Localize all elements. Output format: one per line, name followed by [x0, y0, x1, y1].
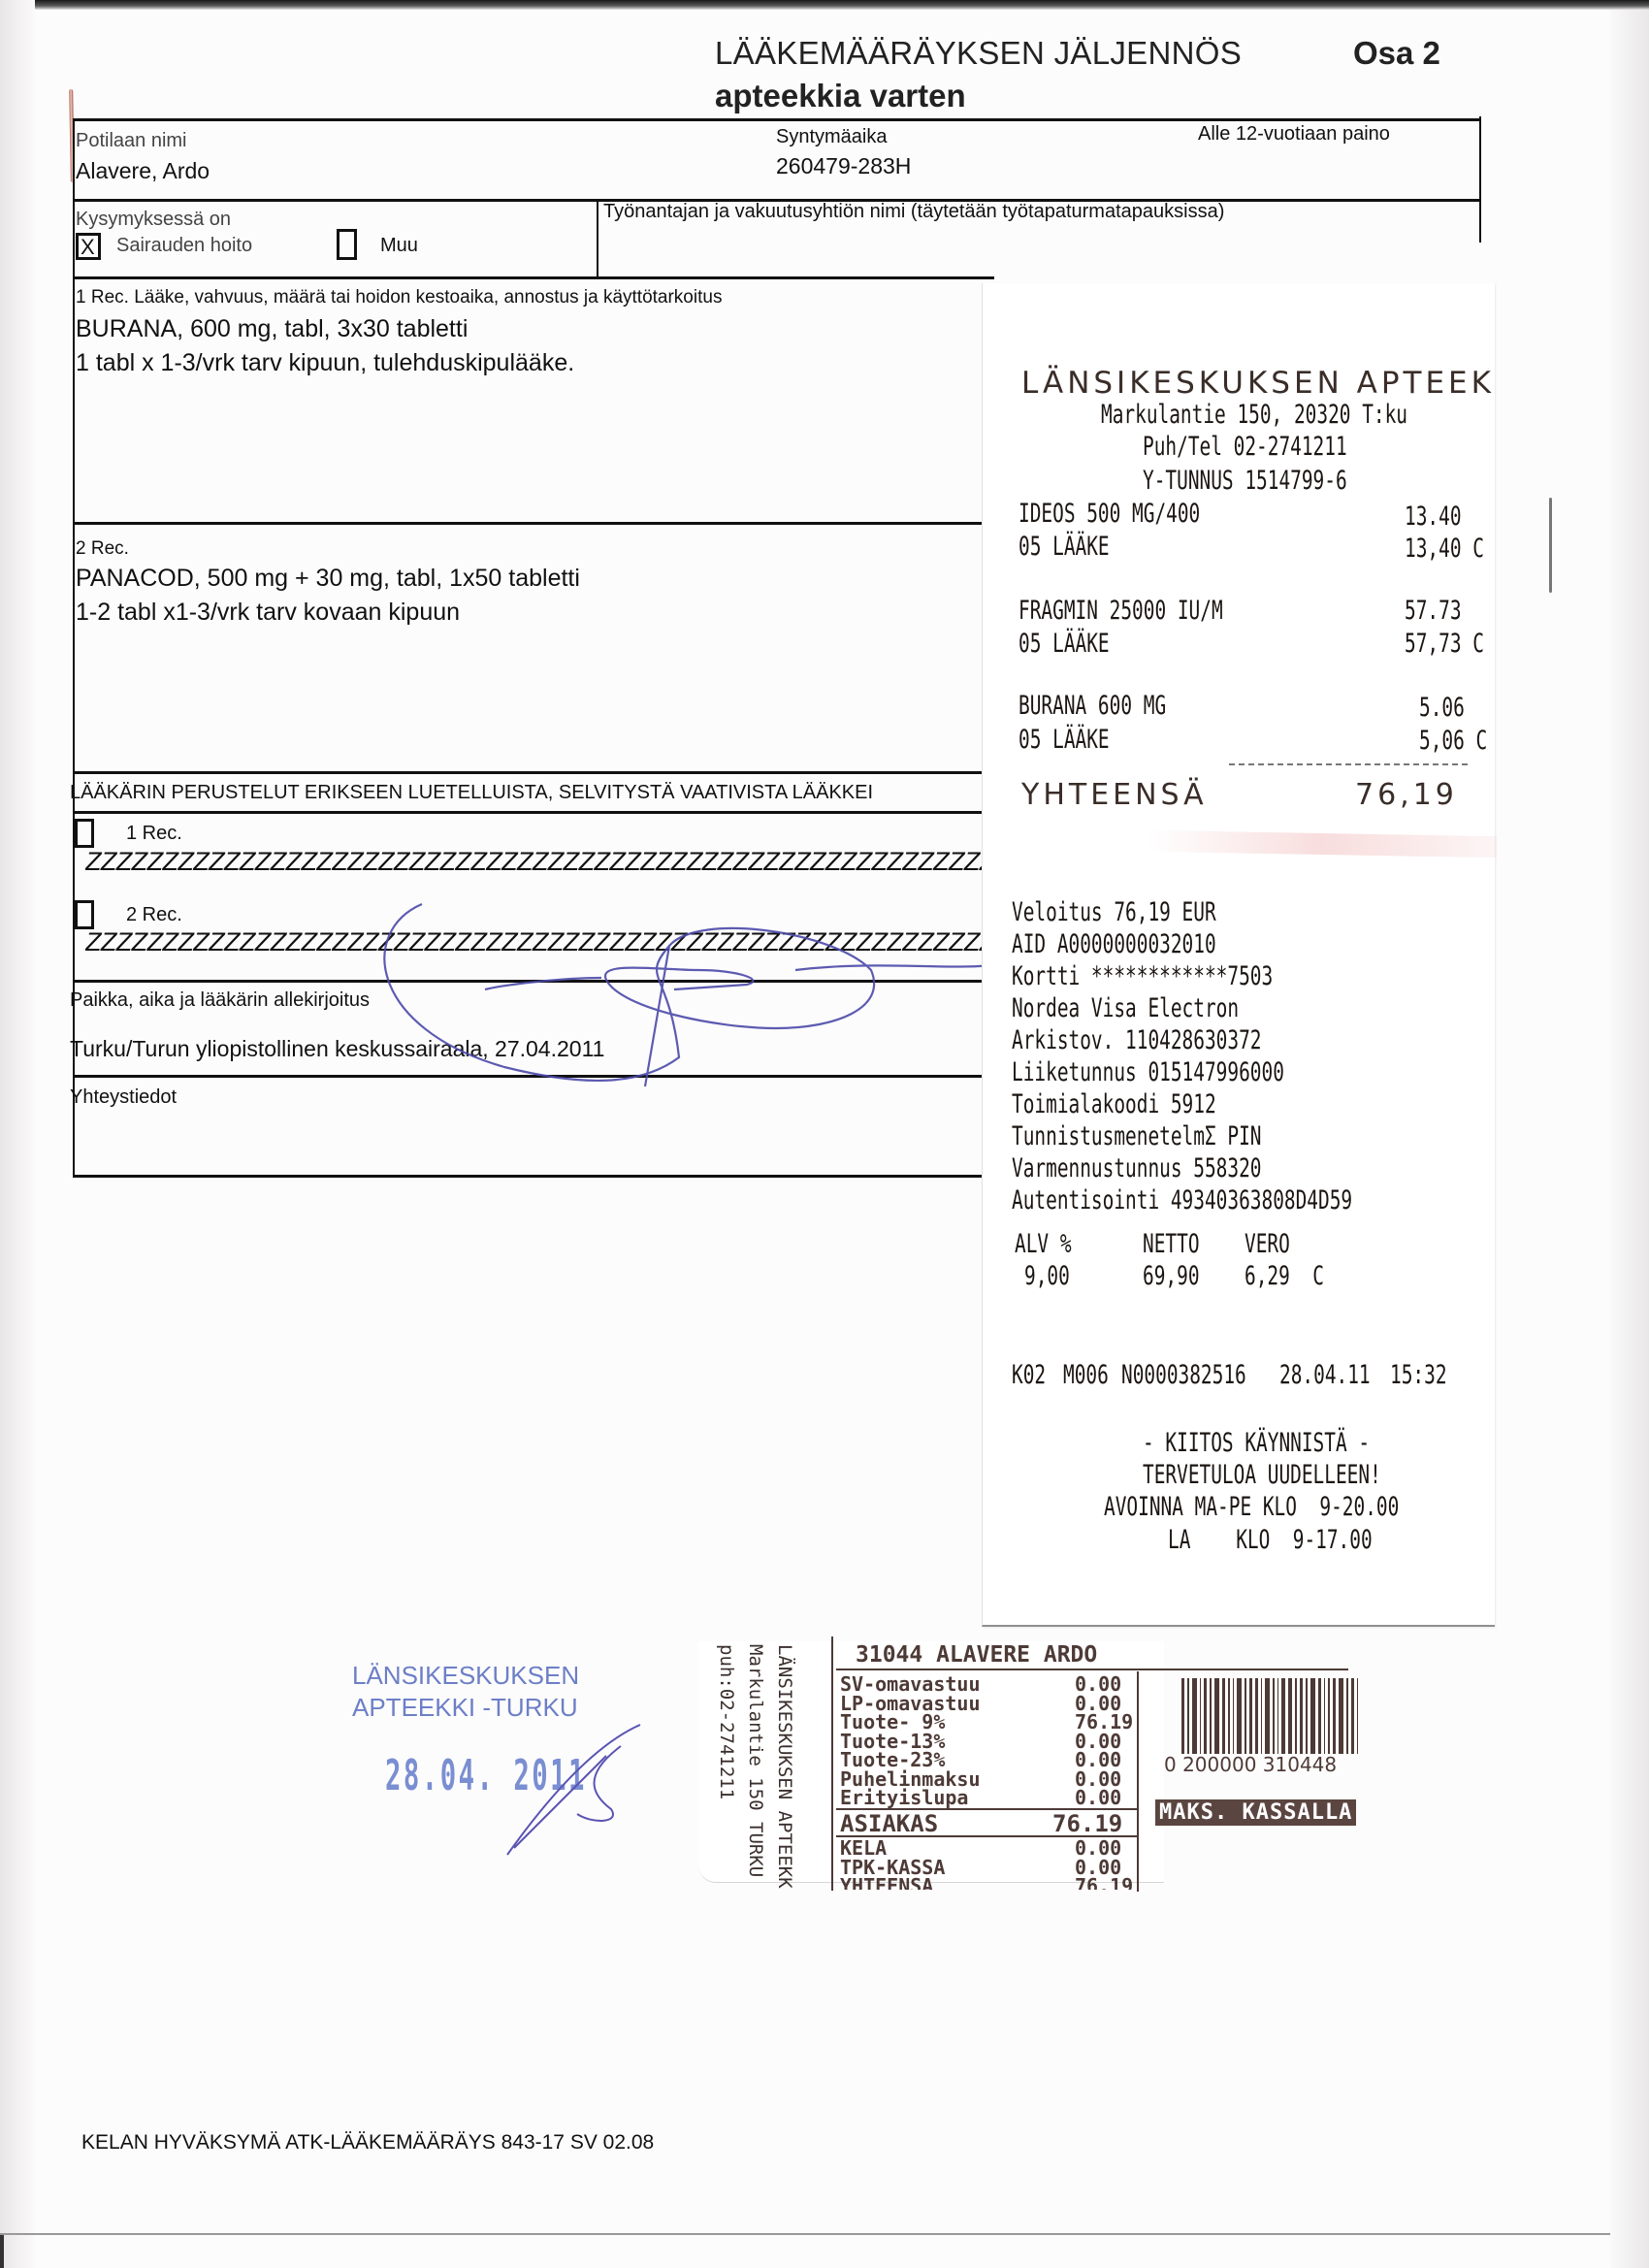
barcode-bar	[1187, 1678, 1189, 1754]
stamp-date: 28.04. 2011	[385, 1751, 587, 1800]
barcode-bar	[1233, 1678, 1235, 1754]
form-row-divider	[73, 276, 994, 279]
label-customer-total: 76.19	[1052, 1811, 1122, 1836]
receipt-item-name: FRAGMIN 25000 IU/M	[1018, 596, 1223, 626]
receipt-item-name: IDEOS 500 MG/400	[1018, 499, 1200, 529]
pay-note-badge: MAKS. KASSALLA	[1155, 1799, 1356, 1826]
rec1-drug: BURANA, 600 mg, tabl, 3x30 tabletti	[76, 315, 468, 343]
label-column-line	[1137, 1671, 1139, 1892]
barcode-icon	[1181, 1678, 1361, 1754]
stamp-line1: LÄNSIKESKUKSEN	[352, 1661, 579, 1691]
vat-header-net: NETTO	[1143, 1229, 1200, 1259]
label-row-name: Erityislupa	[840, 1789, 968, 1807]
label-customer-total-label: ASIAKAS	[840, 1811, 938, 1836]
barcode-bar	[1181, 1678, 1184, 1754]
scan-edge-corner	[0, 2235, 4, 2268]
barcode-bar	[1281, 1678, 1284, 1754]
receipt-total-label: YHTEENSÄ	[1021, 778, 1208, 812]
label-bottom-row-name: TPK-KASSA	[840, 1859, 945, 1877]
receipt-item-price: 13.40	[1405, 502, 1462, 532]
barcode-bar	[1288, 1678, 1293, 1754]
signature-place-date: Turku/Turun yliopistollinen keskussairaa…	[70, 1036, 604, 1062]
receipt-item-category-price: 13,40 C	[1405, 534, 1484, 564]
receipt-business-id: Y-TUNNUS 1514799-6	[1143, 466, 1347, 496]
option-muu-label: Muu	[380, 235, 418, 257]
transaction-date: 28.04.11	[1279, 1360, 1371, 1390]
form-row-divider	[73, 811, 994, 814]
stain	[1148, 830, 1497, 858]
scan-edge-right	[1610, 10, 1649, 2268]
justification-header: LÄÄKÄRIN PERUSTELUT ERIKSEEN LUETELLUIST…	[70, 782, 873, 804]
receipt-item-category: 05 LÄÄKE	[1018, 725, 1110, 755]
transaction-register: K02	[1012, 1360, 1046, 1390]
receipt-payment-line: Liiketunnus 015147996000	[1012, 1057, 1284, 1087]
form-row-divider	[73, 522, 994, 525]
receipt-item-name: BURANA 600 MG	[1018, 691, 1166, 721]
transaction-clerk: M006	[1063, 1360, 1109, 1390]
justification-rec2-label: 2 Rec.	[126, 904, 182, 926]
receipt-thanks: - KIITOS KÄYNNISTÄ -	[1143, 1428, 1370, 1458]
receipt-hours-weekday: AVOINNA MA-PE KLO 9-20.00	[1104, 1492, 1399, 1522]
barcode-bar	[1265, 1678, 1270, 1754]
barcode-bar	[1346, 1678, 1348, 1754]
justification-rec1-label: 1 Rec.	[126, 823, 182, 845]
label-vertical-store: LÄNSIKESKUKSEN APTEEKK	[774, 1644, 795, 1889]
barcode-bar	[1351, 1678, 1354, 1754]
pharmacy-receipt: LÄNSIKESKUKSEN APTEEK Markulantie 150, 2…	[982, 283, 1495, 1627]
rec2-dosage: 1-2 tabl x1-3/vrk tarv kovaan kipuun	[76, 599, 460, 627]
vat-header-tax: VERO	[1245, 1229, 1290, 1259]
receipt-address: Markulantie 150, 20320 T:ku	[1101, 400, 1407, 430]
birth-id: 260479-283H	[776, 153, 911, 179]
vat-rate: 9,00	[1024, 1261, 1070, 1291]
checkbox-justification-rec1[interactable]	[75, 819, 94, 848]
barcode-bar	[1210, 1678, 1212, 1754]
receipt-welcome: TERVETULOA UUDELLEEN!	[1143, 1460, 1381, 1490]
receipt-item-price: 57.73	[1405, 596, 1462, 626]
scan-edge-left	[0, 0, 35, 2268]
label-customer: 31044 ALAVERE ARDO	[856, 1642, 1097, 1668]
receipt-payment-line: Veloitus 76,19 EUR	[1012, 897, 1216, 927]
justification-rec2-filler: ZZZZZZZZZZZZZZZZZZZZZZZZZZZZZZZZZZZZZZZZ…	[85, 927, 984, 957]
checkbox-justification-rec2[interactable]	[75, 900, 94, 929]
label-bottom-row-name: YHTEENSÄ	[840, 1877, 933, 1890]
rec1-dosage: 1 tabl x 1-3/vrk tarv kipuun, tulehduski…	[76, 349, 574, 377]
transaction-number: N0000382516	[1121, 1360, 1246, 1390]
patient-name: Alavere, Ardo	[76, 158, 210, 184]
label-divider	[831, 1636, 833, 1891]
signature-label: Paikka, aika ja lääkärin allekirjoitus	[70, 989, 370, 1012]
barcode-bar	[1214, 1678, 1219, 1754]
receipt-payment-line: Toimialakoodi 5912	[1012, 1089, 1216, 1119]
label-vertical-phone: puh:02-2741211	[716, 1644, 737, 1799]
receipt-payment-line: Varmennustunnus 558320	[1012, 1153, 1261, 1183]
vat-net: 69,90	[1143, 1261, 1200, 1291]
receipt-phone: Puh/Tel 02-2741211	[1143, 432, 1347, 462]
form-row-divider	[73, 980, 994, 983]
barcode-bar	[1261, 1678, 1263, 1754]
receipt-payment-line: AID A0000000032010	[1012, 929, 1216, 959]
label-bottom-row-name: KELA	[840, 1839, 887, 1858]
barcode-bar	[1200, 1678, 1202, 1754]
label-vertical-address: Markulantie 150 TURKU	[745, 1644, 766, 1877]
barcode-bar	[1324, 1678, 1326, 1754]
form-row-divider	[73, 1075, 994, 1078]
barcode-number: 0 200000 310448	[1164, 1756, 1337, 1774]
form-part: Osa 2	[1353, 35, 1440, 72]
barcode-bar	[1318, 1678, 1321, 1754]
barcode-bar	[1333, 1678, 1336, 1754]
form-border-bottom	[73, 1175, 994, 1178]
barcode-bar	[1357, 1678, 1359, 1754]
label-row-value: 0.00	[1075, 1789, 1121, 1807]
checkbox-muu[interactable]	[337, 229, 357, 260]
staple-icon	[1549, 498, 1552, 593]
option-sairauden-hoito-label: Sairauden hoito	[116, 235, 252, 257]
receipt-item-category-price: 57,73 C	[1405, 629, 1484, 659]
form-col-divider	[597, 199, 598, 278]
case-label: Kysymyksessä on	[76, 209, 231, 231]
vat-header-rate: ALV %	[1015, 1229, 1072, 1259]
receipt-item-category: 05 LÄÄKE	[1018, 532, 1110, 562]
transaction-time: 15:32	[1390, 1360, 1447, 1390]
receipt-divider	[1229, 763, 1468, 765]
receipt-payment-line: Arkistov. 110428630372	[1012, 1025, 1261, 1055]
form-title: LÄÄKEMÄÄRÄYKSEN JÄLJENNÖS	[715, 35, 1242, 72]
barcode-bar	[1245, 1678, 1246, 1754]
receipt-payment-line: TunnistusmenetelmΣ PIN	[1012, 1121, 1261, 1151]
form-row-divider	[73, 771, 994, 774]
label-total-line	[836, 1835, 1137, 1837]
receipt-payment-line: Nordea Visa Electron	[1012, 993, 1239, 1023]
label-bottom-row-value: 0.00	[1075, 1839, 1121, 1858]
birth-label: Syntymäaika	[776, 126, 888, 148]
label-bottom-row-value: 76.19	[1075, 1877, 1133, 1890]
form-border-top	[73, 118, 1481, 121]
receipt-item-category-price: 5,06 C	[1419, 726, 1487, 756]
barcode-bar	[1300, 1678, 1303, 1754]
vat-tax: 6,29 C	[1245, 1261, 1324, 1291]
barcode-bar	[1222, 1678, 1225, 1754]
receipt-hours-saturday: LA KLO 9-17.00	[1168, 1525, 1373, 1555]
justification-rec1-filler: ZZZZZZZZZZZZZZZZZZZZZZZZZZZZZZZZZZZZZZZZ…	[85, 847, 984, 877]
patient-name-label: Potilaan nimi	[76, 130, 187, 152]
barcode-bar	[1249, 1678, 1252, 1754]
receipt-payment-line: Kortti ************7503	[1012, 961, 1273, 991]
barcode-bar	[1310, 1678, 1315, 1754]
barcode-bar	[1204, 1678, 1207, 1754]
rec1-label: 1 Rec. Lääke, vahvuus, määrä tai hoidon …	[76, 287, 722, 308]
form-border-right	[1479, 116, 1481, 243]
employer-label: Työnantajan ja vakuutusyhtiön nimi (täyt…	[603, 201, 1224, 223]
receipt-item-price: 5.06	[1419, 693, 1465, 723]
barcode-bar	[1328, 1678, 1330, 1754]
form-footer: KELAN HYVÄKSYMÄ ATK-LÄÄKEMÄÄRÄYS 843-17 …	[81, 2131, 654, 2155]
scan-edge-top	[0, 0, 1649, 10]
barcode-bar	[1339, 1678, 1343, 1754]
label-bottom-row-value: 0.00	[1075, 1859, 1121, 1877]
checkbox-sairauden-hoito[interactable]: X	[76, 233, 101, 260]
rec2-drug: PANACOD, 500 mg + 30 mg, tabl, 1x50 tabl…	[76, 565, 580, 593]
barcode-bar	[1255, 1678, 1258, 1754]
contact-label: Yhteystiedot	[70, 1086, 177, 1109]
barcode-bar	[1228, 1678, 1230, 1754]
receipt-payment-line: Autentisointi 49340363808D4D59	[1012, 1185, 1352, 1215]
weight-label: Alle 12-vuotiaan paino	[1198, 123, 1390, 146]
barcode-bar	[1306, 1678, 1308, 1754]
barcode-bar	[1192, 1678, 1197, 1754]
receipt-store-name: LÄNSIKESKUKSEN APTEEK	[1021, 366, 1495, 401]
rec2-label: 2 Rec.	[76, 538, 129, 560]
receipt-total: 76,19	[1355, 778, 1458, 812]
barcode-bar	[1273, 1678, 1275, 1754]
barcode-bar	[1237, 1678, 1242, 1754]
form-subtitle: apteekkia varten	[715, 78, 966, 114]
stamp-line2: APTEEKKI -TURKU	[352, 1693, 578, 1723]
label-header-line	[836, 1669, 1348, 1670]
scan-edge-bottom	[0, 2233, 1610, 2235]
receipt-item-category: 05 LÄÄKE	[1018, 629, 1110, 659]
barcode-bar	[1295, 1678, 1297, 1754]
barcode-bar	[1277, 1678, 1279, 1754]
